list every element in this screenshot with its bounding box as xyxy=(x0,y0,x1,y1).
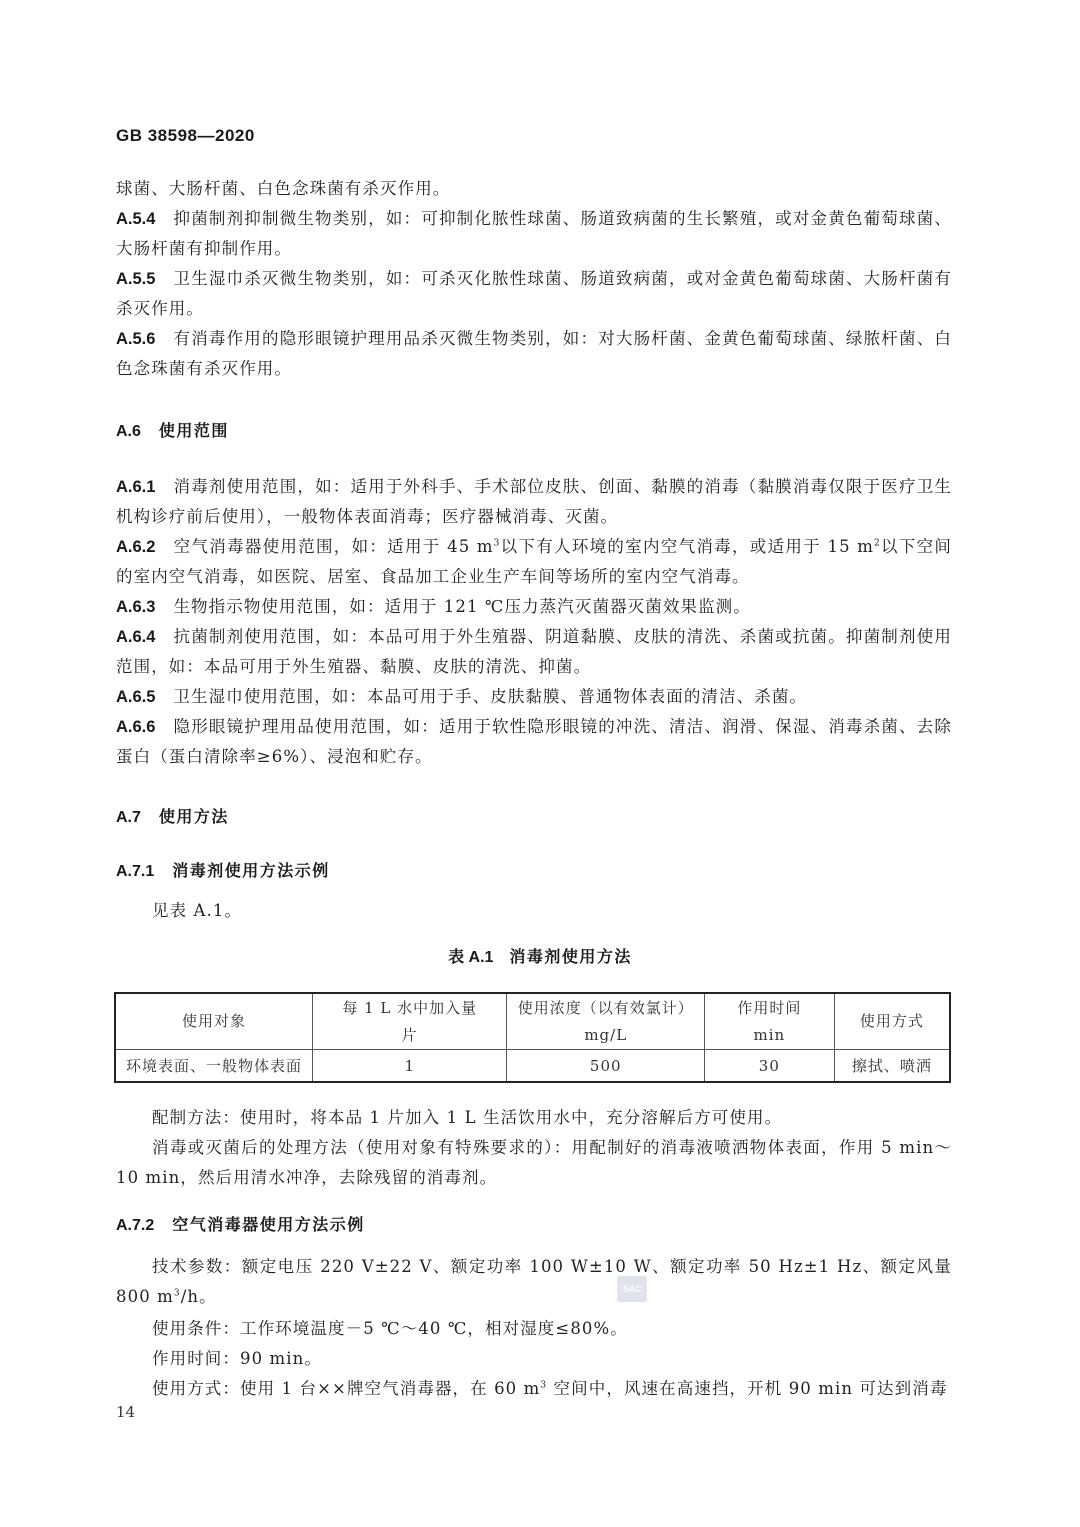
standard-code: GB 38598—2020 xyxy=(116,126,255,146)
clause-text: 抗菌制剂使用范围，如：本品可用于外生殖器、阴道黏膜、皮肤的清洗、杀菌或抗菌。抑菌… xyxy=(116,627,952,676)
subsection-title: 消毒剂使用方法示例 xyxy=(172,863,330,880)
clause-number: A.6.1 xyxy=(116,478,155,496)
header-cell-duration: 作用时间min xyxy=(705,993,835,1050)
see-table-text: 见表 A.1。 xyxy=(116,896,952,926)
clause-a-5-4: A.5.4抑菌制剂抑制微生物类别，如：可抑制化脓性球菌、肠道致病菌的生长繁殖，或… xyxy=(116,204,952,264)
clause-text: 以下有人环境的室内空气消毒，或适用于 15 m xyxy=(500,537,874,556)
table-cell: 擦拭、喷洒 xyxy=(834,1050,950,1083)
action-duration: 作用时间：90 min。 xyxy=(116,1344,952,1374)
disinfectant-usage-table: 使用对象 每 1 L 水中加入量片 使用浓度（以有效氯计）mg/L 作用时间mi… xyxy=(114,992,951,1083)
section-number: A.7 xyxy=(116,809,141,826)
table-cell: 500 xyxy=(507,1050,705,1083)
usage-conditions: 使用条件：工作环境温度－5 ℃～40 ℃，相对湿度≤80%。 xyxy=(116,1314,952,1344)
post-treatment-method: 消毒或灭菌后的处理方法（使用对象有特殊要求的）：用配制好的消毒液喷洒物体表面，作… xyxy=(116,1133,952,1193)
table-cell: 环境表面、一般物体表面 xyxy=(115,1050,313,1083)
header-cell-method: 使用方式 xyxy=(834,993,950,1050)
usage-method: 使用方式：使用 1 台××牌空气消毒器，在 60 m3 空间中，风速在高速挡，开… xyxy=(116,1374,952,1404)
table-number: 表 A.1 xyxy=(448,949,493,966)
clause-text: 消毒剂使用范围，如：适用于外科手、手术部位皮肤、创面、黏膜的消毒（黏膜消毒仅限于… xyxy=(116,477,952,526)
clause-number: A.5.4 xyxy=(116,210,155,228)
subsection-title: 空气消毒器使用方法示例 xyxy=(172,1217,365,1234)
superscript: 3 xyxy=(174,1289,181,1299)
clause-text: 有消毒作用的隐形眼镜护理用品杀灭微生物类别，如：对大肠杆菌、金黄色葡萄球菌、绿脓… xyxy=(116,329,952,378)
clause-text: 空气消毒器使用范围，如：适用于 45 m xyxy=(173,537,493,556)
section-title: 使用方法 xyxy=(159,809,229,826)
clause-text: 隐形眼镜护理用品使用范围，如：适用于软性隐形眼镜的冲洗、清洁、润滑、保湿、消毒杀… xyxy=(116,717,952,766)
subsection-heading-a7-2: A.7.2空气消毒器使用方法示例 xyxy=(116,1212,365,1235)
clause-number: A.6.6 xyxy=(116,718,155,736)
clause-a-6-4: A.6.4抗菌制剂使用范围，如：本品可用于外生殖器、阴道黏膜、皮肤的清洗、杀菌或… xyxy=(116,622,952,682)
table-caption: 表 A.1消毒剂使用方法 xyxy=(0,944,1080,967)
clause-number: A.6.3 xyxy=(116,598,155,616)
section-number: A.6 xyxy=(116,423,141,440)
clause-text: 卫生湿巾杀灭微生物类别，如：可杀灭化脓性球菌、肠道致病菌，或对金黄色葡萄球菌、大… xyxy=(116,269,952,318)
table-title: 消毒剂使用方法 xyxy=(509,949,632,966)
subsection-number: A.7.1 xyxy=(116,863,154,880)
clause-number: A.6.4 xyxy=(116,628,155,646)
clause-number: A.6.5 xyxy=(116,688,155,706)
clause-a-6-6: A.6.6隐形眼镜护理用品使用范围，如：适用于软性隐形眼镜的冲洗、清洁、润滑、保… xyxy=(116,712,952,772)
paragraph-continuation: 球菌、大肠杆菌、白色念珠菌有杀灭作用。 xyxy=(116,174,952,204)
clause-a-5-5: A.5.5卫生湿巾杀灭微生物类别，如：可杀灭化脓性球菌、肠道致病菌，或对金黄色葡… xyxy=(116,264,952,324)
clause-a-6-3: A.6.3生物指示物使用范围，如：适用于 121 ℃压力蒸汽灭菌器灭菌效果监测。 xyxy=(116,592,952,622)
clause-text: 卫生湿巾使用范围，如：本品可用于手、皮肤黏膜、普通物体表面的清洁、杀菌。 xyxy=(173,687,807,706)
section-title: 使用范围 xyxy=(159,423,229,440)
page-number: 14 xyxy=(116,1403,135,1421)
clause-text: 生物指示物使用范围，如：适用于 121 ℃压力蒸汽灭菌器灭菌效果监测。 xyxy=(173,597,750,616)
clause-a-5-6: A.5.6有消毒作用的隐形眼镜护理用品杀灭微生物类别，如：对大肠杆菌、金黄色葡萄… xyxy=(116,324,952,384)
clause-text: 抑菌制剂抑制微生物类别，如：可抑制化脓性球菌、肠道致病菌的生长繁殖，或对金黄色葡… xyxy=(116,209,952,258)
clause-a-6-5: A.6.5卫生湿巾使用范围，如：本品可用于手、皮肤黏膜、普通物体表面的清洁、杀菌… xyxy=(116,682,952,712)
table-cell: 1 xyxy=(313,1050,507,1083)
subsection-number: A.7.2 xyxy=(116,1217,154,1234)
table-row: 环境表面、一般物体表面 1 500 30 擦拭、喷洒 xyxy=(115,1050,950,1083)
subsection-heading-a7-1: A.7.1消毒剂使用方法示例 xyxy=(116,858,330,881)
clause-number: A.5.5 xyxy=(116,270,155,288)
clause-a-6-2: A.6.2空气消毒器使用范围，如：适用于 45 m3以下有人环境的室内空气消毒，… xyxy=(116,532,952,592)
superscript: 2 xyxy=(874,539,881,549)
preparation-method: 配制方法：使用时，将本品 1 片加入 1 L 生活饮用水中，充分溶解后方可使用。 xyxy=(116,1103,952,1133)
header-cell-concentration: 使用浓度（以有效氯计）mg/L xyxy=(507,993,705,1050)
table-header-row: 使用对象 每 1 L 水中加入量片 使用浓度（以有效氯计）mg/L 作用时间mi… xyxy=(115,993,950,1050)
section-heading-a7: A.7使用方法 xyxy=(116,804,229,827)
clause-number: A.6.2 xyxy=(116,538,155,556)
technical-parameters: 技术参数：额定电压 220 V±22 V、额定功率 100 W±10 W、额定功… xyxy=(116,1252,952,1312)
table-cell: 30 xyxy=(705,1050,835,1083)
clause-number: A.5.6 xyxy=(116,330,155,348)
clause-a-6-1: A.6.1消毒剂使用范围，如：适用于外科手、手术部位皮肤、创面、黏膜的消毒（黏膜… xyxy=(116,472,952,532)
header-cell-target: 使用对象 xyxy=(115,993,313,1050)
section-heading-a6: A.6使用范围 xyxy=(116,418,229,441)
sac-watermark-logo: SAC xyxy=(617,1276,647,1302)
header-cell-amount: 每 1 L 水中加入量片 xyxy=(313,993,507,1050)
